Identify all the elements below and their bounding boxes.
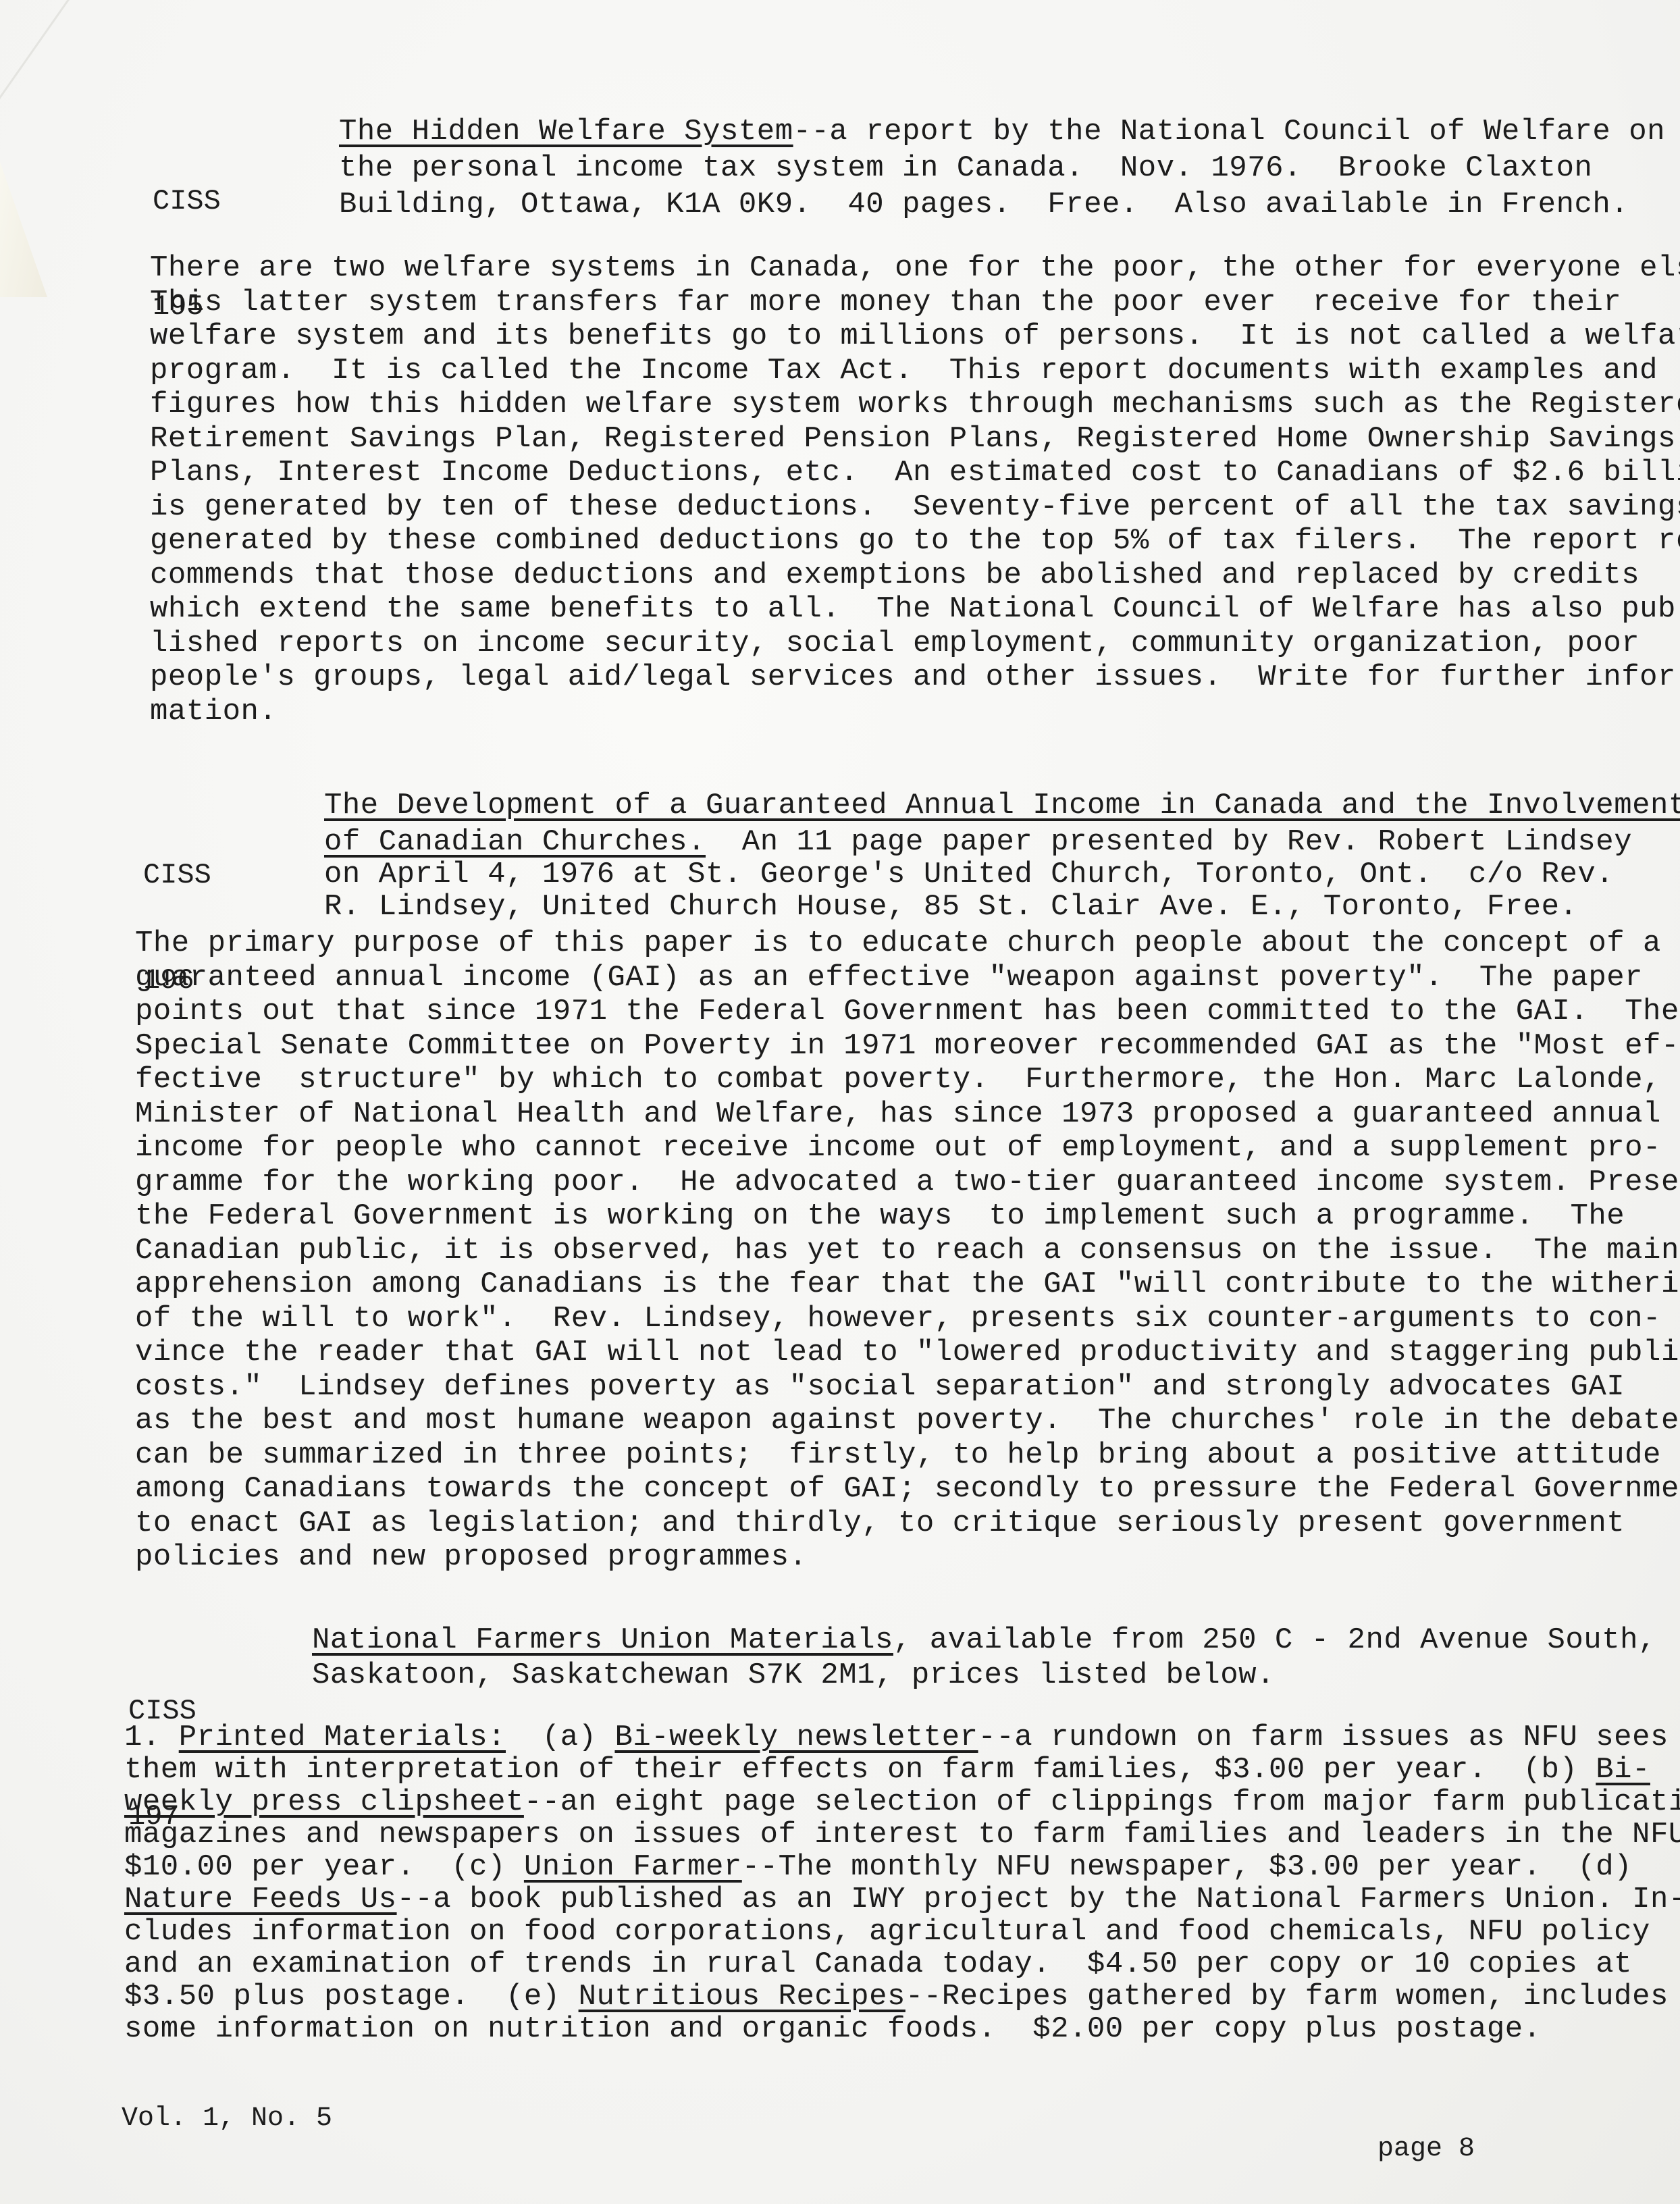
underlined-item-title: Bi-: [1596, 1753, 1650, 1787]
underlined-item-title: weekly press clipsheet: [124, 1785, 524, 1819]
body-text-line: Plans, Interest Income Deductions, etc. …: [150, 456, 1680, 490]
body-text-line: fective structure" by which to combat po…: [135, 1063, 1661, 1097]
body-text-line: can be summarized in three points; first…: [135, 1438, 1661, 1472]
body-text-line: is generated by ten of these deductions.…: [150, 490, 1680, 524]
entry-header-line: Building, Ottawa, K1A 0K9. 40 pages. Fre…: [339, 188, 1629, 221]
text-segment: them with interpretation of their effect…: [124, 1753, 1596, 1787]
body-text-line: This latter system transfers far more mo…: [150, 286, 1621, 319]
text-segment: --a rundown on farm issues as NFU sees: [978, 1721, 1669, 1754]
entry-header-line: The Development of a Guaranteed Annual I…: [324, 789, 1680, 822]
body-text-line: generated by these combined deductions g…: [150, 524, 1680, 558]
text-segment: some information on nutrition and organi…: [124, 2012, 1542, 2046]
body-text-line: some information on nutrition and organi…: [124, 2012, 1542, 2046]
body-text-line: apprehension among Canadians is the fear…: [135, 1267, 1680, 1301]
text-segment: $10.00 per year. (c): [124, 1850, 524, 1884]
body-text-line: Retirement Savings Plan, Registered Pens…: [150, 422, 1676, 456]
entry-title-cont: of Canadian Churches.: [324, 825, 706, 859]
body-text-line: costs." Lindsey defines poverty as "soci…: [135, 1370, 1625, 1404]
body-text-line: weekly press clipsheet--an eight page se…: [124, 1785, 1680, 1819]
entry-title: National Farmers Union Materials: [312, 1623, 893, 1657]
body-text-line: figures how this hidden welfare system w…: [150, 388, 1680, 421]
underlined-item-title: Bi-weekly newsletter: [614, 1721, 978, 1754]
text-segment: --The monthly NFU newspaper, $3.00 per y…: [742, 1850, 1632, 1884]
body-text-line: policies and new proposed programmes.: [135, 1540, 807, 1574]
text-segment: cludes information on food corporations,…: [124, 1915, 1650, 1949]
body-text-line: Special Senate Committee on Poverty in 1…: [135, 1029, 1679, 1063]
body-text-line: 1. Printed Materials: (a) Bi-weekly news…: [124, 1721, 1669, 1754]
body-text-line: among Canadians towards the concept of G…: [135, 1472, 1680, 1506]
underlined-item-title: Nutritious Recipes: [579, 1980, 905, 2014]
entry-header-line: The Hidden Welfare System--a report by t…: [339, 115, 1665, 149]
underlined-item-title: Union Farmer: [524, 1850, 742, 1884]
header-text: , available from 250 C - 2nd Avenue Sout…: [893, 1623, 1656, 1657]
text-segment: --a book published as an IWY project by …: [397, 1883, 1680, 1916]
text-segment: magazines and newspapers on issues of in…: [124, 1818, 1680, 1852]
body-text-line: points out that since 1971 the Federal G…: [135, 995, 1679, 1028]
body-text-line: program. It is called the Income Tax Act…: [150, 354, 1658, 388]
entry-header-line: R. Lindsey, United Church House, 85 St. …: [324, 890, 1577, 924]
body-text-line: gramme for the working poor. He advocate…: [135, 1165, 1680, 1199]
body-text-line: $10.00 per year. (c) Union Farmer--The m…: [124, 1850, 1632, 1884]
body-text-line: magazines and newspapers on issues of in…: [124, 1818, 1680, 1852]
body-text-line: the Federal Government is working on the…: [135, 1199, 1625, 1233]
body-text-line: guaranteed annual income (GAI) as an eff…: [135, 961, 1643, 995]
text-segment: (a): [506, 1721, 614, 1754]
body-text-line: income for people who cannot receive inc…: [135, 1131, 1661, 1165]
body-text-line: Minister of National Health and Welfare,…: [135, 1097, 1661, 1131]
entry-header-line: Saskatoon, Saskatchewan S7K 2M1, prices …: [312, 1658, 1275, 1692]
body-text-line: Nature Feeds Us--a book published as an …: [124, 1883, 1680, 1916]
entry-title: The Development of a Guaranteed Annual I…: [324, 789, 1680, 822]
underlined-item-title: Nature Feeds Us: [124, 1883, 397, 1916]
ciss-label-text: CISS: [143, 858, 211, 893]
text-segment: $3.50 plus postage. (e): [124, 1980, 579, 2014]
body-text-line: to enact GAI as legislation; and thirdly…: [135, 1506, 1625, 1540]
body-text-line: them with interpretation of their effect…: [124, 1753, 1650, 1787]
body-text-line: There are two welfare systems in Canada,…: [150, 251, 1680, 285]
entry-header-line: of Canadian Churches. An 11 page paper p…: [324, 825, 1632, 859]
body-text-line: $3.50 plus postage. (e) Nutritious Recip…: [124, 1980, 1669, 2014]
entry-header-line: the personal income tax system in Canada…: [339, 151, 1592, 185]
body-text-line: of the will to work". Rev. Lindsey, howe…: [135, 1302, 1661, 1336]
body-text-line: commends that those deductions and exemp…: [150, 558, 1639, 592]
header-text: --a report by the National Council of We…: [793, 115, 1665, 149]
text-segment: and an examination of trends in rural Ca…: [124, 1947, 1632, 1981]
body-text-line: vince the reader that GAI will not lead …: [135, 1336, 1680, 1369]
body-text-line: welfare system and its benefits go to mi…: [150, 319, 1680, 353]
text-segment: --an eight page selection of clippings f…: [524, 1785, 1680, 1819]
entry-header-line: National Farmers Union Materials, availa…: [312, 1623, 1656, 1657]
body-text-line: The primary purpose of this paper is to …: [135, 926, 1661, 960]
text-segment: --Recipes gathered by farm women, includ…: [905, 1980, 1669, 2014]
body-text-line: mation.: [150, 695, 277, 729]
body-text-line: Canadian public, it is observed, has yet…: [135, 1234, 1679, 1267]
entry-title: The Hidden Welfare System: [339, 115, 793, 149]
entry-header-line: on April 4, 1976 at St. George's United …: [324, 858, 1614, 891]
body-text-line: and an examination of trends in rural Ca…: [124, 1947, 1632, 1981]
body-text-line: which extend the same benefits to all. T…: [150, 592, 1680, 626]
body-text-line: cludes information on food corporations,…: [124, 1915, 1650, 1949]
text-segment: 1.: [124, 1721, 179, 1754]
body-text-line: people's groups, legal aid/legal service…: [150, 660, 1680, 694]
footer-volume: Vol. 1, No. 5: [122, 2103, 332, 2134]
underlined-item-title: Printed Materials:: [179, 1721, 506, 1754]
ciss-label-text: CISS: [153, 184, 221, 219]
body-text-line: as the best and most humane weapon again…: [135, 1404, 1679, 1438]
body-text-line: lished reports on income security, socia…: [150, 627, 1639, 660]
header-text: An 11 page paper presented by Rev. Rober…: [706, 825, 1632, 859]
footer-page-number: page 8: [1377, 2134, 1475, 2164]
